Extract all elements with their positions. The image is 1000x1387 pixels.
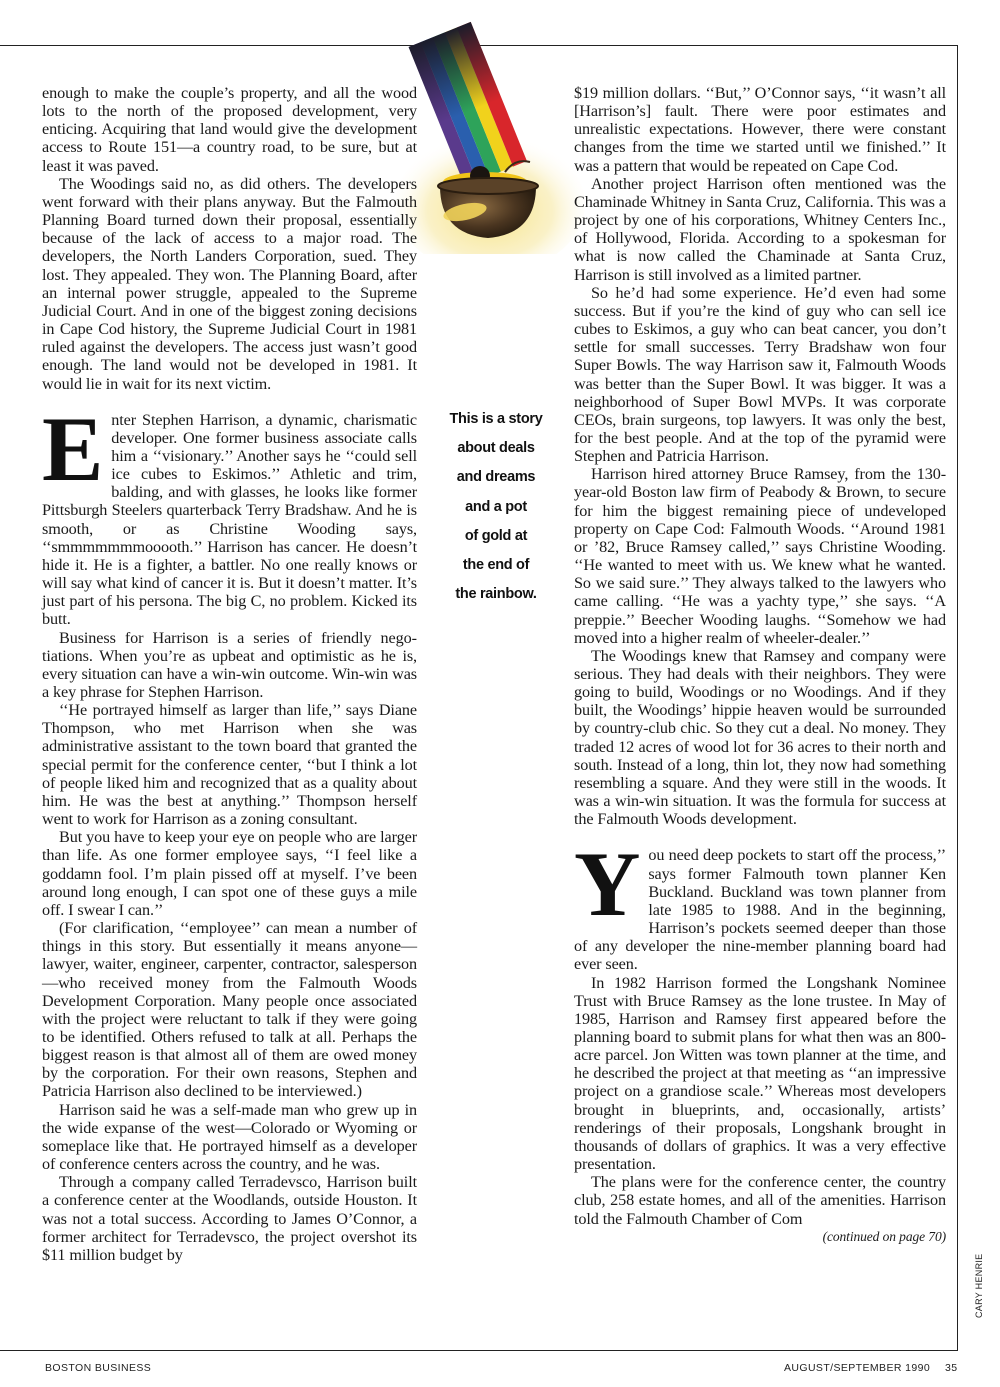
illustration-credit: CARY HENRIE xyxy=(974,1254,984,1319)
body-paragraph: The Woodings said no, as did others. The… xyxy=(42,175,417,393)
article-left-column: enough to make the couple’s property, an… xyxy=(42,84,417,1264)
pull-quote-line: the end of xyxy=(436,551,556,580)
body-paragraph: Through a company called Terradevsco, Ha… xyxy=(42,1173,417,1264)
body-paragraph: Another project Harrison often mentioned… xyxy=(574,175,946,284)
article-right-column: $19 million dollars. ‘‘But,’’ O’Connor s… xyxy=(574,84,946,1246)
section-opening-paragraph: You need deep pockets to start off the p… xyxy=(574,846,946,973)
pull-quote-line: about deals xyxy=(436,434,556,463)
body-paragraph: So he’d had some experience. He’d even h… xyxy=(574,284,946,466)
continued-on-link[interactable]: (continued on page 70) xyxy=(574,1228,946,1246)
pull-quote-line: This is a story xyxy=(436,405,556,434)
pull-quote-line: and dreams xyxy=(436,463,556,492)
dropcap-letter: Y xyxy=(574,849,640,919)
section-opening-paragraph: Enter Stephen Harrison, a dynamic, chari… xyxy=(42,411,417,629)
body-paragraph: enough to make the couple’s property, an… xyxy=(42,84,417,175)
pull-quote: This is a story about deals and dreams a… xyxy=(436,405,556,609)
pull-quote-line: of gold at xyxy=(436,522,556,551)
body-paragraph: Business for Harrison is a series of fri… xyxy=(42,629,417,702)
dropcap-letter: E xyxy=(42,414,103,484)
body-paragraph: But you have to keep your eye on people … xyxy=(42,828,417,919)
body-paragraph: The Woodings knew that Ramsey and compan… xyxy=(574,647,946,829)
bottom-rule xyxy=(0,1350,958,1351)
publication-name: BOSTON BUSINESS xyxy=(45,1362,151,1374)
pull-quote-line: and a pot xyxy=(436,493,556,522)
body-paragraph: Harrison said he was a self-made man who… xyxy=(42,1101,417,1174)
body-paragraph: $19 million dollars. ‘‘But,’’ O’Connor s… xyxy=(574,84,946,175)
body-paragraph: (For clarification, ‘‘employee’’ can mea… xyxy=(42,919,417,1101)
body-paragraph: ‘‘He portrayed himself as larger than li… xyxy=(42,701,417,828)
body-paragraph: The plans were for the conference center… xyxy=(574,1173,946,1227)
right-border-rule xyxy=(957,45,958,1350)
pull-quote-line: the rainbow. xyxy=(436,580,556,609)
issue-date: AUGUST/SEPTEMBER 1990 xyxy=(784,1362,930,1374)
page-number: 35 xyxy=(945,1362,957,1374)
body-paragraph: In 1982 Harrison formed the Longshank No… xyxy=(574,974,946,1174)
body-paragraph: Harrison hired attorney Bruce Ramsey, fr… xyxy=(574,465,946,647)
